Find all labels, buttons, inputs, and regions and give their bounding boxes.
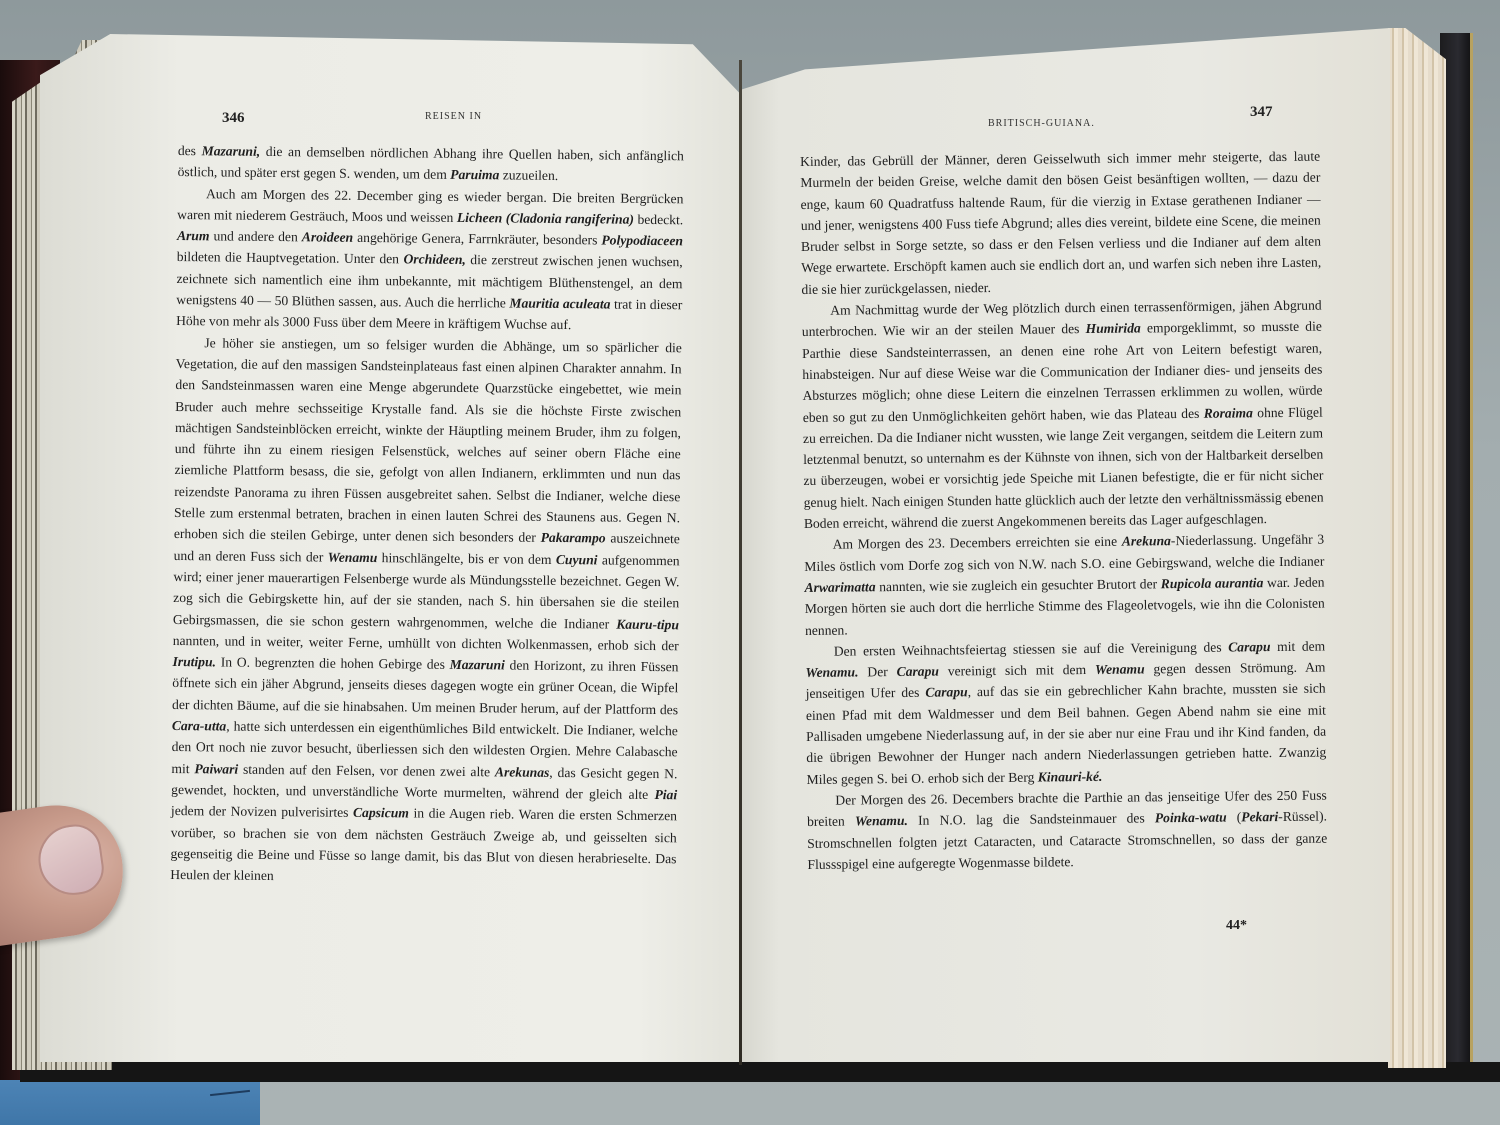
text-run: standen auf den Felsen, vor denen zwei a… <box>238 761 495 779</box>
italic-term: Roraima <box>1204 405 1253 421</box>
text-run: bildeten die Hauptvegetation. Unter den <box>177 249 404 266</box>
text-run: nannten, wie sie zugleich ein gesuchter … <box>876 576 1161 594</box>
paragraph: Am Nachmittag wurde der Weg plötzlich du… <box>802 295 1324 535</box>
italic-term: Kinauri-ké. <box>1038 768 1103 784</box>
book-gutter <box>739 60 742 1065</box>
right-page-body: Kinder, das Gebrüll der Männer, deren Ge… <box>800 146 1328 875</box>
text-run: des <box>178 143 202 158</box>
italic-term: Wenamu <box>1095 662 1145 678</box>
text-run: ( <box>1227 810 1242 825</box>
italic-term: Cuyuni <box>556 552 598 567</box>
italic-term: Mazaruni, <box>202 143 261 159</box>
thumbnail <box>34 821 107 899</box>
italic-term: Carapu <box>1228 639 1270 654</box>
italic-term: Orchideen, <box>403 252 465 268</box>
italic-term: Paruima <box>450 167 499 183</box>
signature-mark: 44* <box>1226 918 1247 934</box>
italic-term: Poinka-watu <box>1155 810 1227 826</box>
left-page-body: des Mazaruni, die an demselben nördliche… <box>170 140 684 891</box>
italic-term: Kauru-tipu <box>616 616 679 632</box>
text-run: Je höher sie anstiegen, um so felsiger w… <box>174 335 682 545</box>
pen-mark <box>210 1090 250 1096</box>
page-stack-right <box>1388 28 1446 1068</box>
text-run: vereinigt sich mit dem <box>939 662 1095 679</box>
italic-term: Mauritia aculeata <box>509 296 610 312</box>
italic-term: Polypodiaceen <box>601 233 683 249</box>
italic-term: Wenamu. <box>855 813 908 829</box>
text-run: mit dem <box>1270 638 1325 654</box>
text-run: zuzueilen. <box>499 168 558 184</box>
text-run: In O. begrenzten die hohen Gebirge des <box>216 655 450 672</box>
italic-term: Arekuna <box>1122 533 1171 549</box>
paragraph: Den ersten Weihnachtsfeiertag stiessen s… <box>805 635 1327 790</box>
right-running-head: BRITISCH-GUIANA. <box>988 118 1095 129</box>
italic-term: Aroideen <box>302 229 354 245</box>
text-run: In N.O. lag die Sandsteinmauer des <box>908 811 1155 829</box>
italic-term: Carapu <box>925 685 967 700</box>
italic-term: Piai <box>654 787 677 802</box>
paragraph: Kinder, das Gebrüll der Männer, deren Ge… <box>800 146 1322 301</box>
italic-term: Capsicum <box>353 805 409 821</box>
italic-term: Pakarampo <box>541 530 606 546</box>
text-run: Den ersten Weihnachtsfeiertag stiessen s… <box>834 639 1229 658</box>
paragraph: Je höher sie anstiegen, um so felsiger w… <box>170 332 682 891</box>
book-cover-bottom <box>20 1062 1500 1082</box>
italic-term: Arum <box>177 228 210 243</box>
left-running-head: REISEN IN <box>425 111 482 122</box>
paragraph: Auch am Morgen des 22. December ging es … <box>176 183 684 337</box>
italic-term: Irutipu. <box>172 654 216 669</box>
text-run: bedeckt. <box>634 212 683 228</box>
paragraph: Der Morgen des 26. Decembers brachte die… <box>807 784 1328 875</box>
italic-term: Paiwari <box>194 761 238 776</box>
italic-term: Arwarimatta <box>804 579 875 595</box>
text-run: Am Morgen des 23. Decembers erreichten s… <box>833 534 1122 552</box>
paragraph: Am Morgen des 23. Decembers erreichten s… <box>804 529 1325 641</box>
italic-term: Pekari <box>1241 809 1278 824</box>
italic-term: Humirida <box>1086 321 1141 337</box>
text-run: nannten, und in weiter, weiter Ferne, um… <box>173 633 679 653</box>
italic-term: Mazaruni <box>450 657 505 673</box>
italic-term: Rupicola aurantia <box>1161 575 1264 591</box>
italic-term: Licheen (Cladonia rangiferina) <box>457 210 634 227</box>
left-page-number: 346 <box>222 110 245 127</box>
italic-term: Carapu <box>897 664 939 679</box>
italic-term: Wenamu. <box>805 665 858 681</box>
text-run: angehörige Genera, Farrnkräuter, besonde… <box>353 230 601 248</box>
right-page-number: 347 <box>1250 104 1273 121</box>
text-run: Kinder, das Gebrüll der Männer, deren Ge… <box>800 149 1321 297</box>
text-run: Der <box>858 664 896 679</box>
italic-term: Wenamu <box>328 549 378 565</box>
paragraph: des Mazaruni, die an demselben nördliche… <box>178 140 684 188</box>
text-run: jedem der Novizen pulverisirtes <box>171 803 353 820</box>
italic-term: Cara-utta <box>172 718 227 734</box>
text-run: hinschlängelte, bis er von dem <box>377 550 556 567</box>
italic-term: Arekunas <box>495 764 550 780</box>
text-run: und andere den <box>209 229 301 245</box>
